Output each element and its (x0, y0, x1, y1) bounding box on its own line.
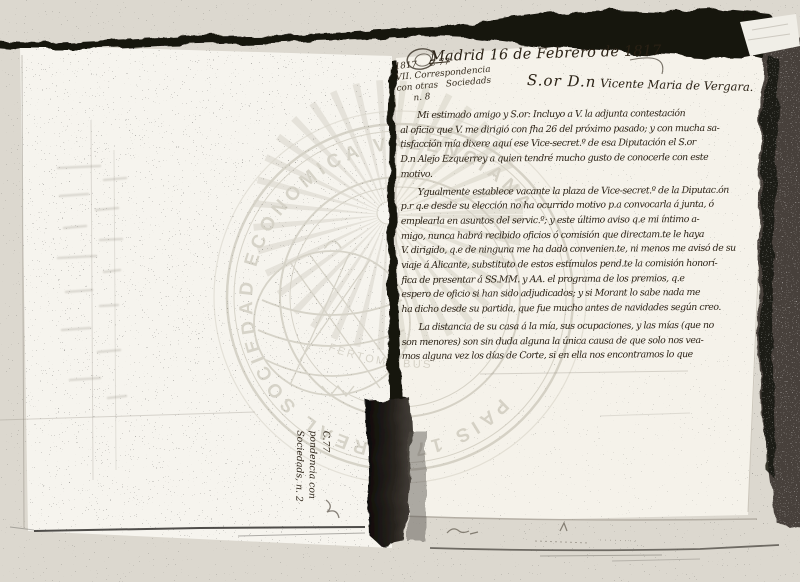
sun-core (377, 202, 399, 224)
spine-note-code: C.77 (318, 431, 333, 543)
spine-note-series: pondencia con (305, 430, 320, 542)
letter-body: Mi estimado amigo y S.or: Incluyo a V. l… (400, 107, 702, 368)
paragraph-1: Mi estimado amigo y S.or: Incluyo a V. l… (400, 107, 701, 183)
spine-annotation: C.77 pondencia con Sociedads, n. 2 (292, 430, 333, 543)
scanned-manuscript-spread: PAIS 1776 REAL SOCIEDAD ECONOMICA VALENC… (0, 0, 800, 582)
paragraph-3: La distancia de su casa á la mía, sus oc… (402, 319, 702, 365)
salutation: S.or D.n (527, 71, 597, 91)
addressee-name: Vicente Maria de Vergara. (600, 76, 754, 94)
paragraph-2: Ygualmente establece vacante la plaza de… (401, 183, 702, 317)
spine-note-number: Sociedads, n. 2 (292, 430, 307, 542)
margin-note-year: 1817 (394, 60, 417, 72)
